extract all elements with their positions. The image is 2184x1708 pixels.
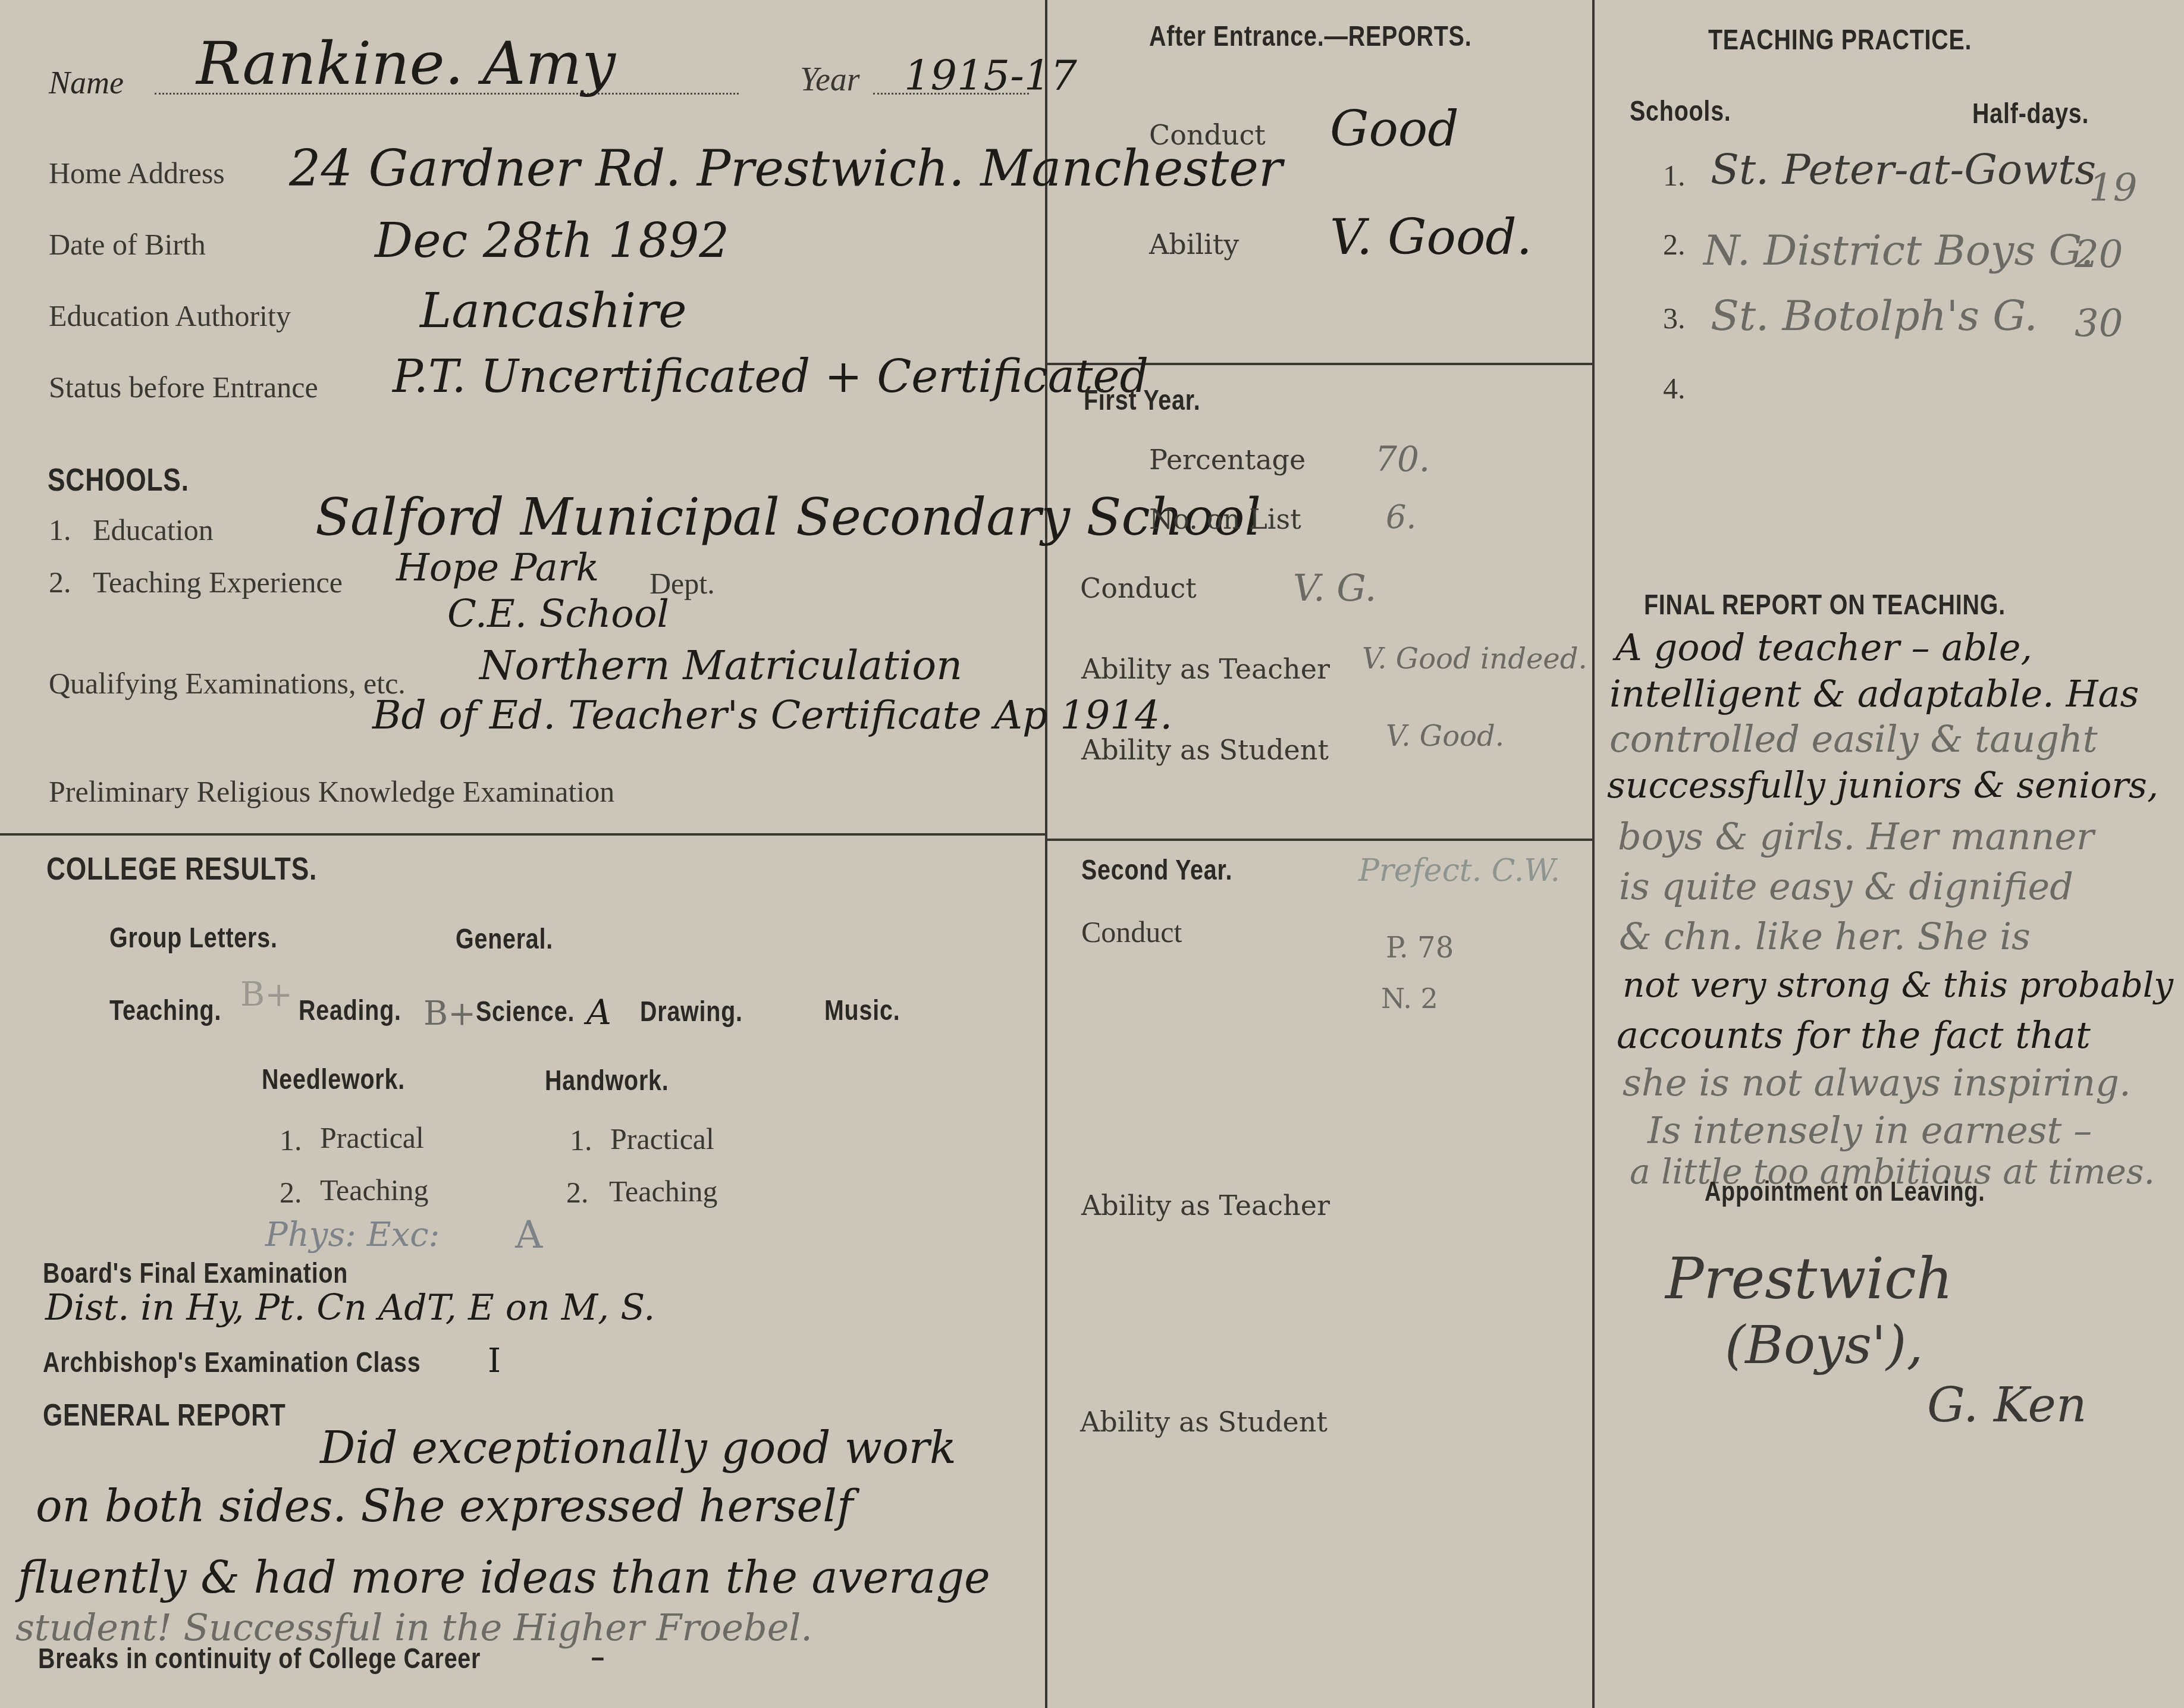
first-year-percentage-value: 70.: [1375, 439, 1430, 479]
practice-num: 1.: [1663, 158, 1686, 193]
teaching-grade-value: B+: [240, 975, 293, 1014]
appointment-label: Appointment on Leaving.: [1705, 1175, 1985, 1207]
needlework-practical-label: Practical: [320, 1120, 424, 1155]
education-authority-label: Education Authority: [49, 299, 291, 333]
education-value: Salford Municipal Secondary School: [315, 488, 1261, 547]
final-report-line: accounts for the fact that: [1617, 1013, 2091, 1057]
final-report-line: boys & girls. Her manner: [1618, 815, 2094, 858]
reading-grade-label: Reading.: [299, 994, 401, 1027]
year-label: Year: [800, 61, 860, 99]
music-grade-label: Music.: [824, 994, 900, 1027]
handwork-practical-label: Practical: [610, 1122, 714, 1156]
middle-divider-2: [1047, 839, 1592, 841]
breaks-value: –: [591, 1641, 605, 1674]
teaching-experience-num: 2.: [49, 565, 71, 599]
teaching-experience-value-1: Hope Park: [396, 546, 599, 590]
home-address-value: 24 Gardner Rd. Prestwich. Manchester: [289, 139, 1282, 197]
halfdays-column-label: Half-days.: [1972, 98, 2089, 130]
handwork-teaching-num: 2.: [566, 1175, 589, 1210]
student-record-card: Name Rankine. Amy Year 1915-17 Home Addr…: [0, 0, 2184, 1708]
conduct-label: Conduct: [1149, 119, 1266, 151]
final-report-line: controlled easily & taught: [1609, 717, 2098, 761]
education-authority-value: Lancashire: [420, 283, 687, 338]
reading-grade-value: B+: [423, 994, 476, 1033]
second-year-ability-teacher-label: Ability as Teacher: [1081, 1189, 1330, 1222]
dept-label: Dept.: [649, 566, 715, 601]
practice-school: St. Botolph's G.: [1711, 291, 2038, 340]
second-year-heading: Second Year.: [1081, 854, 1232, 887]
appointment-line-2: (Boys'),: [1725, 1314, 1923, 1376]
home-address-label: Home Address: [49, 156, 225, 190]
archbishop-label: Archbishop's Examination Class: [43, 1346, 421, 1379]
final-report-heading: FINAL REPORT ON TEACHING.: [1644, 589, 2006, 621]
second-year-ability-student-label: Ability as Student: [1080, 1406, 1328, 1438]
boards-final-value: Dist. in Hy, Pt. Cn AdT, E on M, S.: [45, 1287, 655, 1329]
name-value: Rankine. Amy: [196, 29, 616, 98]
handwork-teaching-label: Teaching: [609, 1174, 718, 1208]
conduct-value: Good: [1330, 101, 1459, 158]
needlework-practical-num: 1.: [280, 1123, 302, 1157]
practice-days: 30: [2075, 302, 2123, 346]
education-num: 1.: [49, 513, 71, 547]
general-report-line-3: fluently & had more ideas than the avera…: [18, 1552, 990, 1603]
first-year-no-on-list-label: No. on List: [1149, 503, 1301, 535]
ability-value: V. Good.: [1330, 209, 1532, 266]
appointment-line-3: G. Ken: [1927, 1377, 2086, 1433]
practice-school: St. Peter-at-Gowts: [1711, 145, 2096, 194]
first-year-ability-student-value: V. Good.: [1386, 720, 1504, 753]
final-report-line: successfully juniors & seniors,: [1607, 765, 2158, 806]
status-label: Status before Entrance: [49, 370, 318, 404]
schools-column-label: Schools.: [1630, 95, 1731, 128]
year-value: 1915-17: [904, 51, 1077, 100]
boards-final-label: Board's Final Examination: [43, 1257, 348, 1290]
general-label: General.: [456, 923, 553, 956]
qualifying-value-1: Northern Matriculation: [479, 642, 962, 689]
general-report-line-2: on both sides. She expressed herself: [36, 1481, 853, 1532]
group-letters-label: Group Letters.: [109, 922, 278, 955]
teaching-experience-value-2: C.E. School: [447, 592, 669, 636]
practice-num: 3.: [1663, 301, 1686, 335]
teaching-practice-heading: TEACHING PRACTICE.: [1708, 24, 1972, 56]
after-entrance-heading: After Entrance.—REPORTS.: [1149, 20, 1471, 53]
teaching-grade-label: Teaching.: [109, 994, 221, 1027]
handwork-label: Handwork.: [545, 1065, 669, 1097]
general-report-line-1: Did exceptionally good work: [320, 1423, 956, 1474]
appointment-line-1: Prestwich: [1665, 1245, 1953, 1312]
drawing-grade-label: Drawing.: [640, 996, 743, 1028]
first-year-heading: First Year.: [1084, 384, 1200, 417]
ability-label: Ability: [1149, 228, 1239, 260]
first-year-ability-teacher-value: V. Good indeed.: [1362, 642, 1587, 676]
second-year-conduct-label: Conduct: [1081, 915, 1182, 949]
phys-exc-label: Phys: Exc:: [265, 1216, 440, 1254]
college-results-heading: COLLEGE RESULTS.: [46, 850, 317, 887]
column-divider-left: [1045, 0, 1047, 1708]
practice-days: 20: [2075, 233, 2123, 277]
needlework-label: Needlework.: [262, 1063, 405, 1096]
science-grade-value: A: [586, 992, 611, 1032]
first-year-ability-student-label: Ability as Student: [1081, 734, 1329, 766]
needlework-teaching-num: 2.: [280, 1175, 302, 1210]
final-report-line: A good teacher – able,: [1615, 626, 2032, 669]
left-section-divider: [0, 833, 1045, 836]
archbishop-value: I: [488, 1342, 501, 1380]
final-report-line: she is not always inspiring.: [1623, 1061, 2131, 1104]
teaching-experience-label: Teaching Experience: [93, 565, 343, 599]
second-year-p-value: P. 78: [1386, 931, 1454, 965]
practice-num: 2.: [1663, 227, 1686, 262]
final-report-line: intelligent & adaptable. Has: [1609, 672, 2139, 715]
final-report-line: not very strong & this probably: [1623, 965, 2173, 1005]
first-year-ability-teacher-label: Ability as Teacher: [1081, 653, 1330, 685]
breaks-label: Breaks in continuity of College Career: [38, 1643, 481, 1675]
qualifying-examinations-label: Qualifying Examinations, etc.: [49, 666, 406, 701]
column-divider-right: [1592, 0, 1595, 1708]
general-report-label: GENERAL REPORT: [43, 1398, 286, 1433]
qualifying-value-2: Bd of Ed. Teacher's Certificate Ap 1914.: [372, 692, 1172, 738]
final-report-line: & chn. like her. She is: [1619, 915, 2031, 958]
practice-days: 19: [2089, 167, 2137, 211]
first-year-no-on-list-value: 6.: [1386, 498, 1417, 536]
practice-num: 4.: [1663, 371, 1686, 406]
first-year-percentage-label: Percentage: [1149, 444, 1306, 476]
dob-value: Dec 28th 1892: [375, 213, 729, 268]
science-grade-label: Science.: [476, 996, 575, 1028]
first-year-conduct-value: V. G.: [1293, 566, 1376, 610]
practice-school: N. District Boys G.: [1703, 226, 2094, 275]
status-value: P.T. Uncertificated + Certificated: [393, 350, 1149, 403]
final-report-line: is quite easy & dignified: [1619, 865, 2073, 908]
religious-knowledge-label: Preliminary Religious Knowledge Examinat…: [49, 774, 614, 809]
dob-label: Date of Birth: [49, 227, 206, 262]
name-label: Name: [49, 64, 124, 101]
second-year-n-value: N. 2: [1381, 982, 1438, 1015]
handwork-practical-num: 1.: [570, 1123, 592, 1157]
needlework-teaching-label: Teaching: [320, 1173, 429, 1207]
final-report-line: Is intensely in earnest –: [1648, 1109, 2092, 1152]
second-year-note: Prefect. C.W.: [1358, 853, 1560, 888]
schools-heading: SCHOOLS.: [48, 461, 189, 498]
first-year-conduct-label: Conduct: [1080, 572, 1197, 604]
education-label: Education: [93, 513, 214, 547]
phys-exc-grade: A: [515, 1213, 542, 1257]
